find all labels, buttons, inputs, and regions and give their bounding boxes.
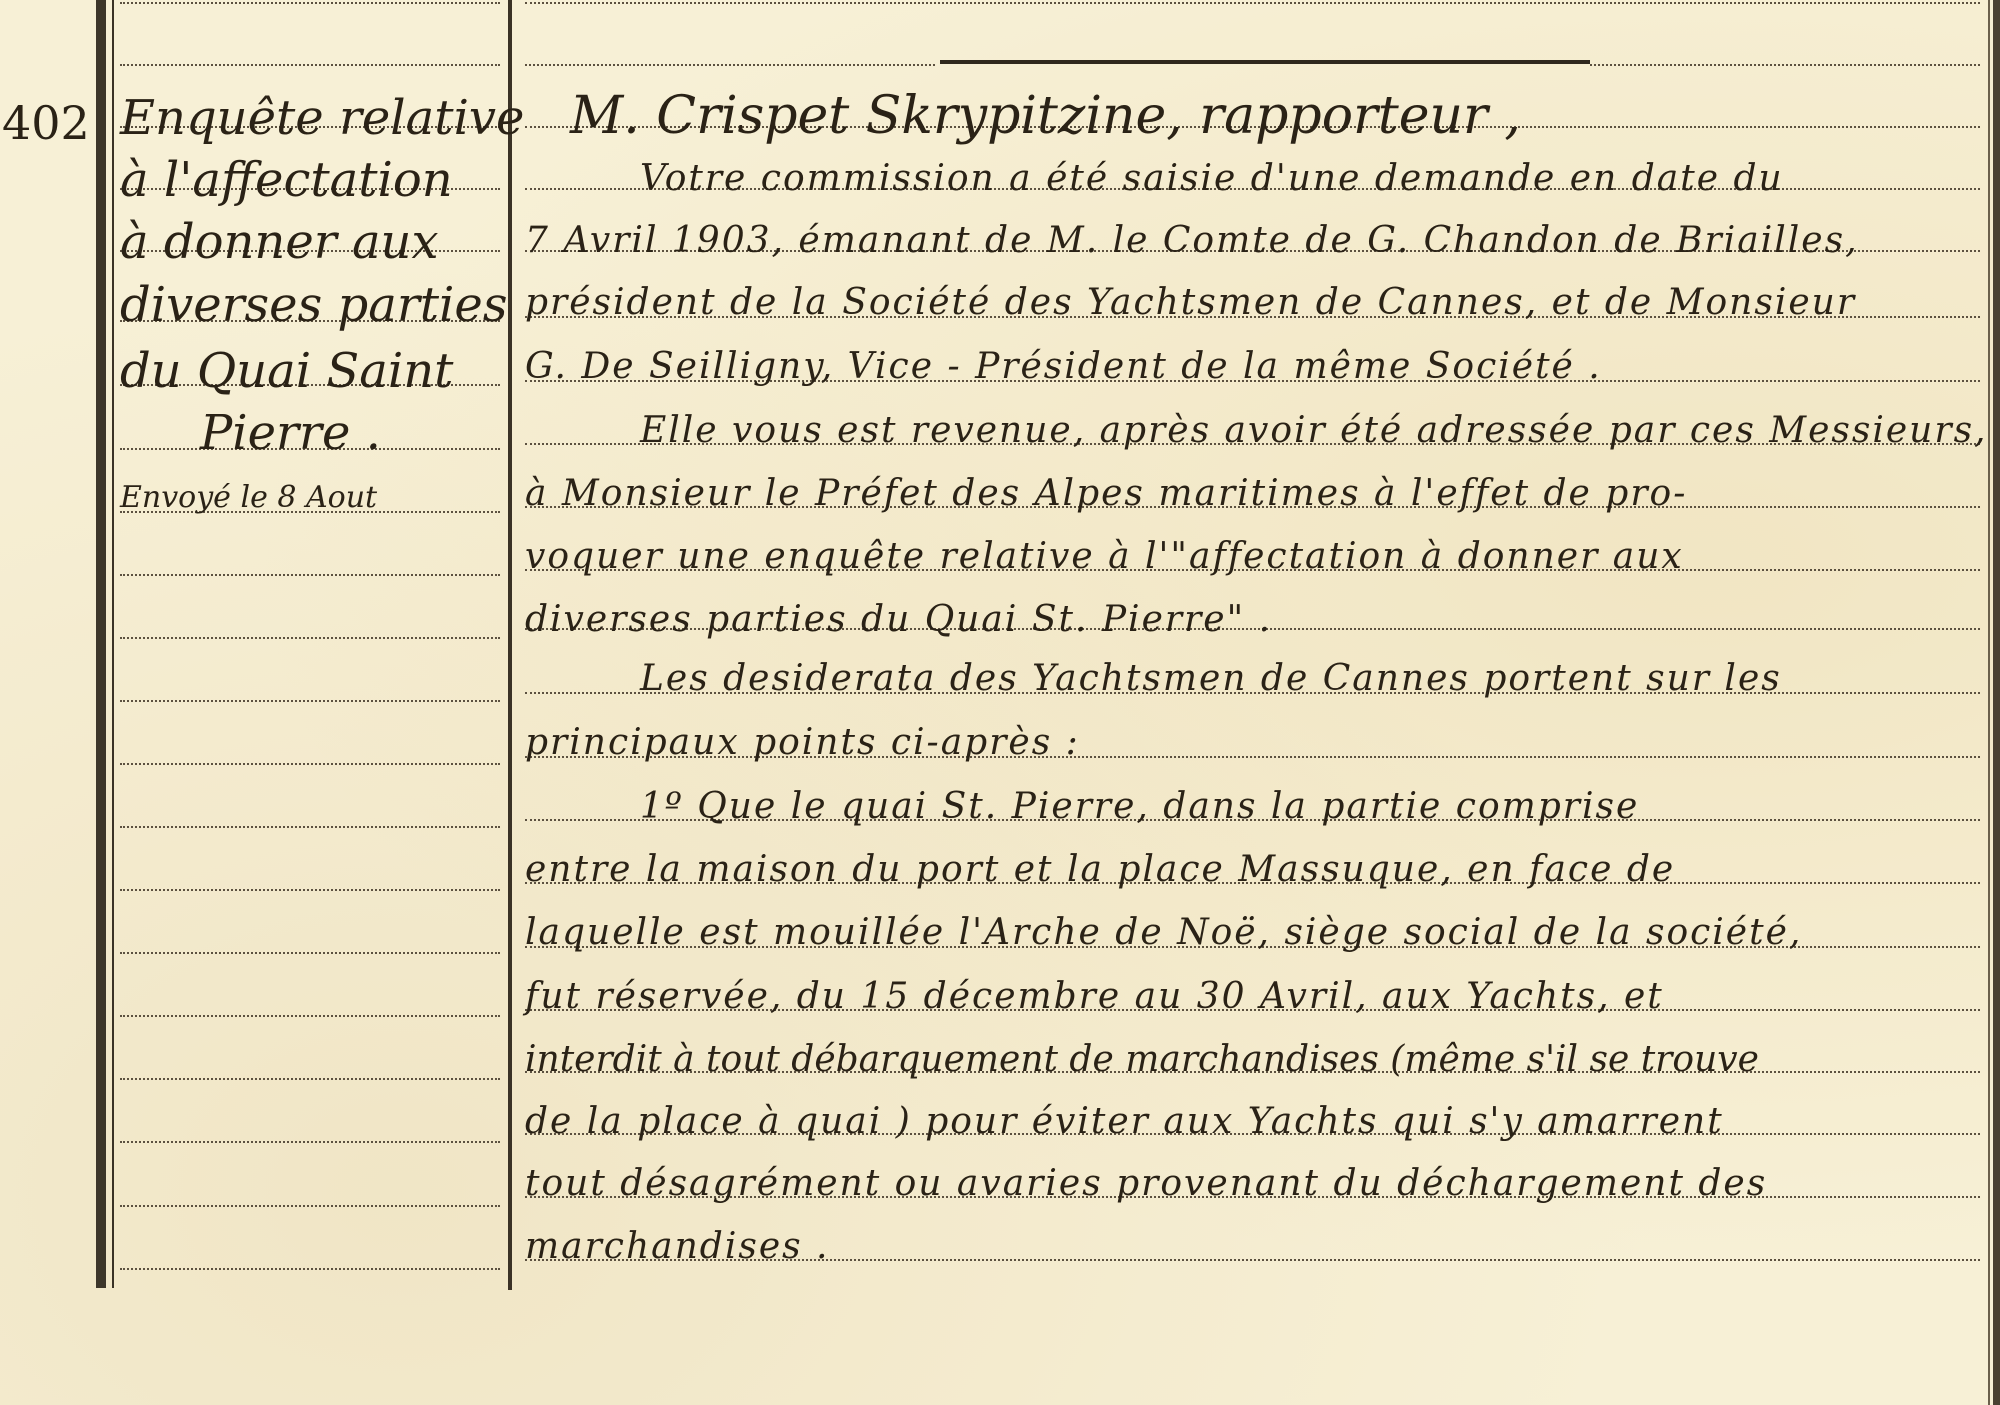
subject-ruled-line [120,1268,500,1270]
report-line: voquer une enquête relative à l'"affecta… [525,536,1684,577]
subject-ruled-line [120,64,500,66]
subject-line: diverses parties [120,277,507,333]
report-line: 1º Que le quai St. Pierre, dans la parti… [640,786,1639,827]
report-line: Elle vous est revenue, après avoir été a… [640,410,1988,451]
report-line: Les desiderata des Yachtsmen de Cannes p… [640,658,1782,699]
subject-ruled-line [120,763,500,765]
report-line: 7 Avril 1903, émanant de M. le Comte de … [525,220,1859,261]
ledger-page: 402 Enquête relative à l'affectation à d… [0,0,2000,1405]
report-line: interdit à tout débarquement de marchand… [525,1039,1759,1080]
main-ruled-line [1590,64,1980,66]
main-ruled-line [525,2,1980,4]
subject-line: du Quai Saint [120,343,453,399]
subject-ruled-line [120,1141,500,1143]
rapporteur-heading: M. Crispet Skrypitzine, rapporteur , [570,86,1521,146]
right-border-thick [1993,0,2000,1405]
subject-ruled-line [120,574,500,576]
left-margin-thin-border [112,0,114,1288]
section-separator-rule [940,60,1590,64]
entry-number: 402 [2,96,90,150]
report-line: Votre commission a été saisie d'une dema… [640,158,1784,199]
subject-ruled-line [120,1078,500,1080]
report-line: fut réservée, du 15 décembre au 30 Avril… [525,976,1664,1017]
subject-ruled-line [120,952,500,954]
report-line: marchandises . [525,1226,830,1267]
subject-ruled-line [120,889,500,891]
subject-line: à l'affectation [120,152,453,208]
right-border-thin [1988,0,1990,1405]
main-ruled-line [525,64,935,66]
subject-ruled-line [120,1205,500,1207]
column-divider [508,0,512,1290]
subject-line: Pierre . [200,405,381,461]
report-line: diverses parties du Quai St. Pierre" . [525,599,1272,640]
left-margin-thick-border [96,0,106,1288]
subject-ruled-line [120,1015,500,1017]
sent-date-note: Envoyé le 8 Aout [120,480,377,515]
subject-ruled-line [120,826,500,828]
report-line: à Monsieur le Préfet des Alpes maritimes… [525,473,1687,514]
subject-line: à donner aux [120,214,439,270]
subject-ruled-line [120,2,500,4]
subject-line: Enquête relative [120,90,524,146]
report-line: entre la maison du port et la place Mass… [525,849,1675,890]
report-line: de la place à quai ) pour éviter aux Yac… [525,1101,1724,1142]
report-line: G. De Seilligny, Vice - Président de la … [525,346,1602,387]
report-line: tout désagrément ou avaries provenant du… [525,1163,1767,1204]
subject-ruled-line [120,700,500,702]
report-line: laquelle est mouillée l'Arche de Noë, si… [525,912,1802,953]
report-line: président de la Société des Yachtsmen de… [525,282,1856,323]
subject-ruled-line [120,637,500,639]
report-line: principaux points ci-après : [525,722,1080,763]
